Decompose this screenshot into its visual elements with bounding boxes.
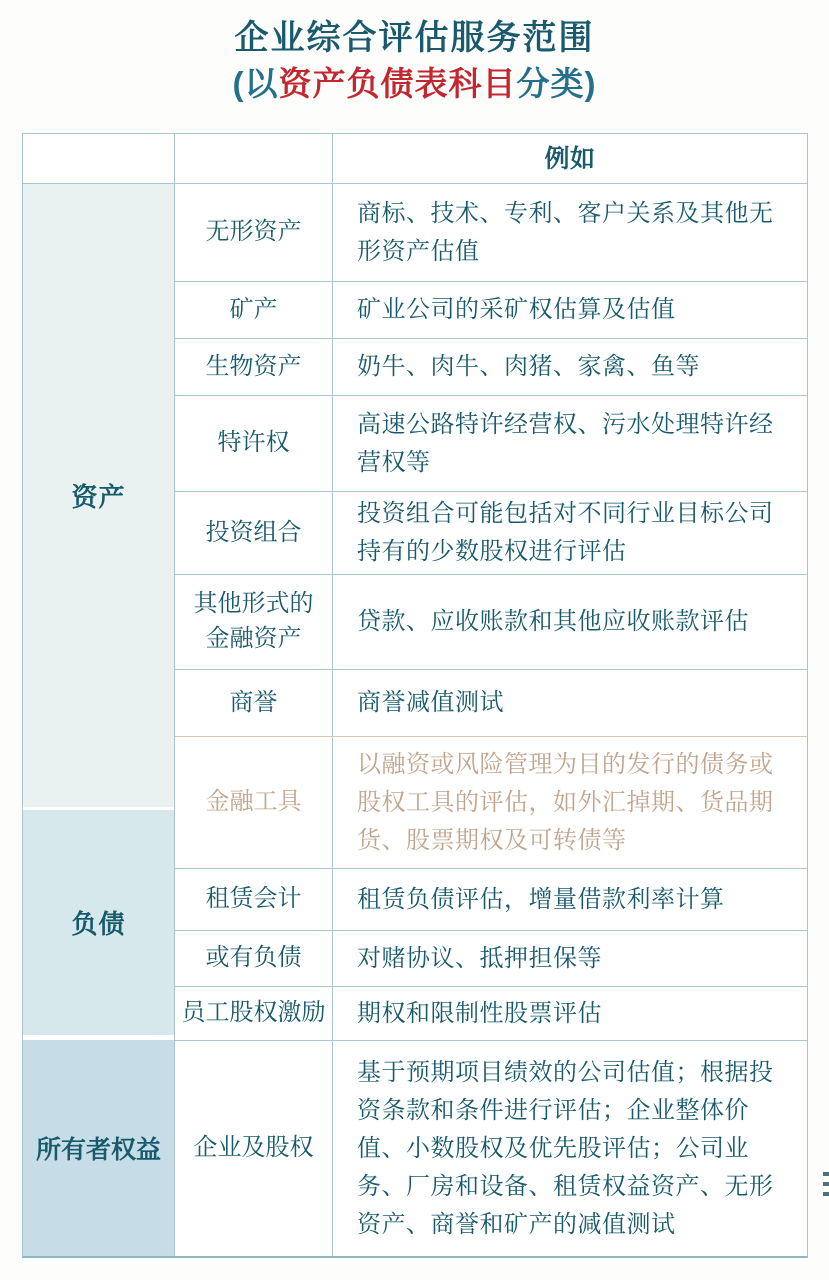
table-row-muted: 金融工具 以融资或风险管理为目的发行的债务或股权工具的评估，如外汇掉期、货品期货… — [175, 736, 807, 869]
table-row: 投资组合 投资组合可能包括对不同行业目标公司持有的少数股权进行评估 — [175, 492, 807, 575]
subtitle-suffix: 分类) — [517, 65, 597, 102]
table-row: 矿产 矿业公司的采矿权估算及估值 — [175, 282, 807, 339]
example-cell: 高速公路特许经营权、污水处理特许经营权等 — [333, 396, 807, 491]
title-block: 企业综合评估服务范围 (以资产负债表科目分类) — [0, 16, 829, 106]
table-row: 无形资产 商标、技术、专利、客户关系及其他无形资产估值 — [175, 184, 807, 282]
cropped-glyph-fragment — [823, 1172, 829, 1198]
example-cell: 投资组合可能包括对不同行业目标公司持有的少数股权进行评估 — [333, 492, 807, 574]
table-row: 租赁会计 租赁负债评估，增量借款利率计算 — [175, 869, 807, 931]
table-row: 特许权 高速公路特许经营权、污水处理特许经营权等 — [175, 396, 807, 492]
example-cell: 商誉减值测试 — [333, 670, 807, 736]
subtitle-highlight: 资产负债表科目 — [279, 65, 517, 102]
category-cell-assets: 资产 — [23, 184, 174, 810]
category-header-empty-cell — [23, 134, 174, 184]
table-header-row: 例如 — [175, 134, 807, 184]
table-row: 其他形式的金融资产 贷款、应收账款和其他应收账款评估 — [175, 575, 807, 670]
item-cell: 企业及股权 — [175, 1041, 333, 1256]
item-cell: 金融工具 — [175, 737, 333, 868]
example-cell: 贷款、应收账款和其他应收账款评估 — [333, 575, 807, 669]
table-row: 企业及股权 基于预期项目绩效的公司估值；根据投资条款和条件进行评估；企业整体价值… — [175, 1041, 807, 1256]
item-cell: 特许权 — [175, 396, 333, 491]
table-row: 生物资产 奶牛、肉牛、肉猪、家禽、鱼等 — [175, 339, 807, 396]
item-cell: 投资组合 — [175, 492, 333, 574]
table-row: 或有负债 对赌协议、抵押担保等 — [175, 931, 807, 987]
example-cell: 对赌协议、抵押担保等 — [333, 931, 807, 986]
item-cell: 无形资产 — [175, 184, 333, 281]
example-cell: 矿业公司的采矿权估算及估值 — [333, 282, 807, 338]
subtitle-prefix: (以 — [233, 65, 279, 102]
page-title: 企业综合评估服务范围 — [0, 16, 829, 60]
item-cell: 生物资产 — [175, 339, 333, 395]
item-cell: 员工股权激励 — [175, 987, 333, 1040]
item-cell: 其他形式的金融资产 — [175, 575, 333, 669]
example-cell: 商标、技术、专利、客户关系及其他无形资产估值 — [333, 184, 807, 281]
item-cell: 租赁会计 — [175, 869, 333, 930]
example-cell: 基于预期项目绩效的公司估值；根据投资条款和条件进行评估；企业整体价值、小数股权及… — [333, 1041, 807, 1256]
item-cell: 或有负债 — [175, 931, 333, 986]
item-cell: 矿产 — [175, 282, 333, 338]
category-cell-owners-equity: 所有者权益 — [23, 1040, 174, 1256]
example-cell: 租赁负债评估，增量借款利率计算 — [333, 869, 807, 930]
table-row: 商誉 商誉减值测试 — [175, 670, 807, 737]
page-subtitle: (以资产负债表科目分类) — [0, 63, 829, 106]
example-cell: 以融资或风险管理为目的发行的债务或股权工具的评估，如外汇掉期、货品期货、股票期权… — [333, 737, 807, 868]
table-row: 员工股权激励 期权和限制性股票评估 — [175, 987, 807, 1041]
category-column: 资产 负债 所有者权益 — [23, 134, 175, 1256]
example-cell: 奶牛、肉牛、肉猪、家禽、鱼等 — [333, 339, 807, 395]
item-cell: 商誉 — [175, 670, 333, 736]
example-header-cell: 例如 — [333, 134, 807, 183]
example-cell: 期权和限制性股票评估 — [333, 987, 807, 1040]
table-rows: 例如 无形资产 商标、技术、专利、客户关系及其他无形资产估值 矿产 矿业公司的采… — [175, 134, 807, 1256]
item-header-empty-cell — [175, 134, 333, 183]
service-scope-table: 资产 负债 所有者权益 例如 无形资产 商标、技术、专利、客户关系及其他无形资产… — [22, 133, 808, 1258]
category-cell-liabilities: 负债 — [23, 810, 174, 1040]
